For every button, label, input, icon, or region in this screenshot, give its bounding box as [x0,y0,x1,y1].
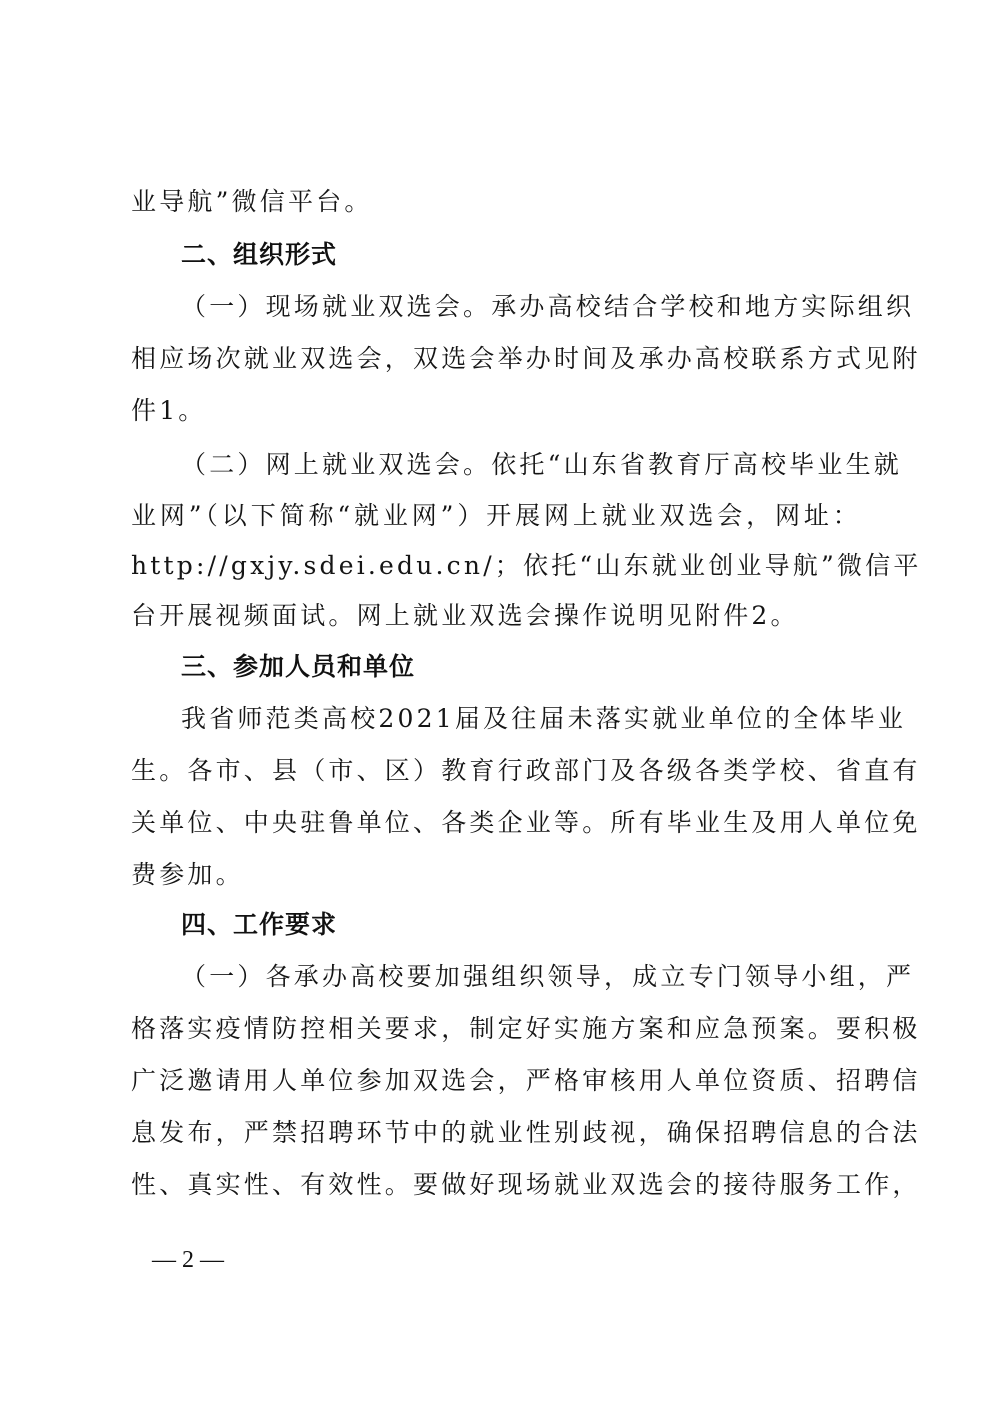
body-line-continuation: 业导航”微信平台。 [131,187,861,217]
paragraph-online-fair-line-1: （二）网上就业双选会。依托“山东省教育厅高校毕业生就 [181,450,861,480]
paragraph-requirements-line-5: 性、真实性、有效性。要做好现场就业双选会的接待服务工作， [131,1170,861,1200]
paragraph-participants-line-2: 生。各市、县（市、区）教育行政部门及各级各类学校、省直有 [131,756,861,786]
paragraph-participants-line-3: 关单位、中央驻鲁单位、各类企业等。所有毕业生及用人单位免 [131,808,861,838]
paragraph-requirements-line-1: （一）各承办高校要加强组织领导，成立专门领导小组，严 [181,962,861,992]
paragraph-requirements-line-2: 格落实疫情防控相关要求，制定好实施方案和应急预案。要积极 [131,1014,861,1044]
paragraph-requirements-line-4: 息发布，严禁招聘环节中的就业性别歧视，确保招聘信息的合法 [131,1118,861,1148]
paragraph-online-fair-line-3-url: http://gxjy.sdei.edu.cn/；依托“山东就业创业导航”微信平 [131,551,861,581]
document-page: 业导航”微信平台。 二、组织形式 （一）现场就业双选会。承办高校结合学校和地方实… [0,0,992,1403]
section-heading-work-requirements: 四、工作要求 [181,910,911,940]
paragraph-online-fair-line-4: 台开展视频面试。网上就业双选会操作说明见附件2。 [131,601,861,631]
paragraph-onsite-fair-line-3: 件1。 [131,396,861,426]
paragraph-onsite-fair-line-1: （一）现场就业双选会。承办高校结合学校和地方实际组织 [181,292,861,322]
page-number: — 2 — [152,1247,224,1274]
paragraph-onsite-fair-line-2: 相应场次就业双选会，双选会举办时间及承办高校联系方式见附 [131,344,861,374]
paragraph-participants-line-4: 费参加。 [131,860,861,890]
paragraph-requirements-line-3: 广泛邀请用人单位参加双选会，严格审核用人单位资质、招聘信 [131,1066,861,1096]
section-heading-participants: 三、参加人员和单位 [181,652,911,682]
paragraph-online-fair-line-2: 业网”（以下简称“就业网”）开展网上就业双选会，网址： [131,501,861,531]
section-heading-organization-form: 二、组织形式 [181,240,911,270]
paragraph-participants-line-1: 我省师范类高校2021届及往届未落实就业单位的全体毕业 [181,704,861,734]
